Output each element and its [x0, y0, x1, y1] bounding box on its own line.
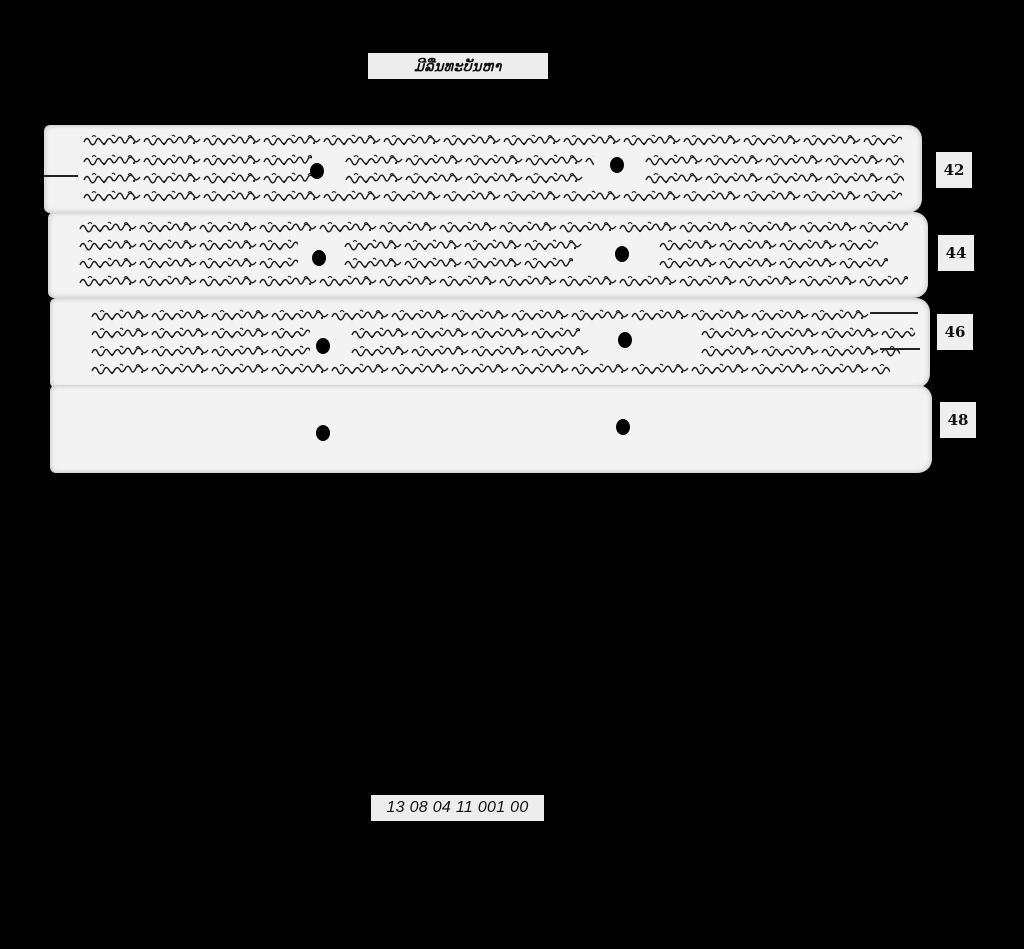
script-line — [90, 362, 890, 376]
page-number-label: 42 — [936, 152, 972, 188]
archive-id-label: 13 08 04 11 001 00 — [371, 795, 544, 821]
script-line — [350, 344, 590, 358]
script-line — [82, 189, 902, 203]
scratch-mark — [870, 312, 918, 314]
script-line — [78, 220, 908, 234]
document-title-label: ມີລືນທະບັນຫາ — [368, 53, 548, 79]
palm-leaf-page-42 — [44, 125, 922, 213]
script-line — [350, 326, 580, 340]
binding-hole — [615, 246, 629, 262]
scratch-mark — [44, 175, 78, 177]
script-line — [658, 238, 878, 252]
binding-hole — [312, 250, 326, 266]
page-number-label: 48 — [940, 402, 976, 438]
palm-leaf-page-44 — [48, 212, 928, 298]
palm-leaf-page-46 — [50, 298, 930, 388]
script-line — [344, 171, 584, 185]
binding-hole — [316, 338, 330, 354]
script-line — [78, 238, 298, 252]
script-line — [700, 344, 900, 358]
palm-leaf-page-48 — [50, 385, 932, 473]
script-line — [343, 238, 583, 252]
scratch-mark — [880, 348, 920, 350]
script-line — [644, 153, 904, 167]
binding-hole — [610, 157, 624, 173]
script-line — [658, 256, 888, 270]
page-number-label: 44 — [938, 235, 974, 271]
script-line — [82, 133, 902, 147]
script-line — [90, 308, 870, 322]
binding-hole — [618, 332, 632, 348]
binding-hole — [616, 419, 630, 435]
script-line — [700, 326, 915, 340]
binding-hole — [316, 425, 330, 441]
binding-hole — [310, 163, 324, 179]
script-line — [344, 153, 594, 167]
script-line — [90, 326, 310, 340]
script-line — [78, 256, 298, 270]
script-line — [78, 274, 908, 288]
page-number-label: 46 — [937, 314, 973, 350]
script-line — [343, 256, 573, 270]
script-line — [90, 344, 310, 358]
script-line — [82, 153, 312, 167]
script-line — [82, 171, 312, 185]
script-line — [644, 171, 904, 185]
